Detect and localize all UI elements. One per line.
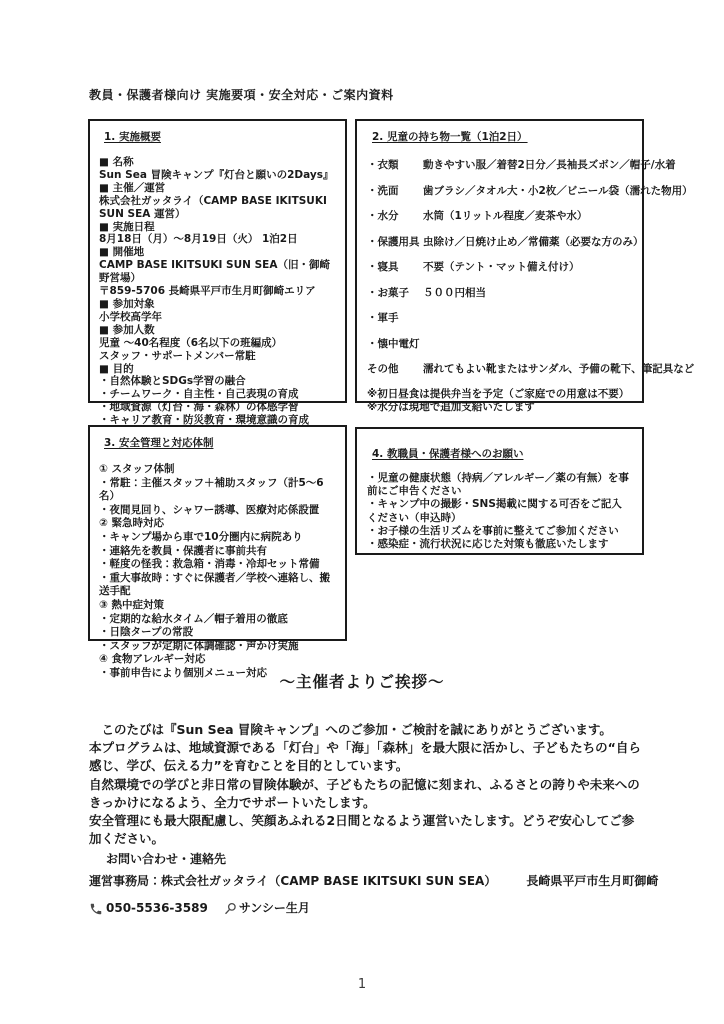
magnifier-icon (224, 902, 237, 915)
safety-line: ・軽度の怪我：救急箱・消毒・冷却セット常備 (99, 558, 336, 572)
belongings-heading: 2. 児童の持ち物一覧（1泊2日） (372, 129, 632, 144)
belongings-item-desc: 虫除け／日焼け止め／常備薬（必要な方のみ） (423, 235, 644, 249)
requests-line: ・感染症・流行状況に応じた対策も徹底いたします (367, 538, 632, 551)
overview-heading: 1. 実施概要 (104, 129, 336, 144)
overview-line: 〒859-5706 長崎県平戸市生月町御崎エリア (99, 285, 336, 298)
search-keyword-wrap: サンシー生月 (224, 900, 310, 917)
page-title: 教員・保護者様向け 実施要項・安全対応・ご案内資料 (89, 86, 394, 103)
overview-line: ■ 実施日程 (99, 221, 336, 234)
belongings-item-desc: 動きやすい服／着替2日分／長袖長ズボン／帽子/水着 (423, 158, 676, 172)
requests-heading: 4. 教職員・保護者様へのお願い (372, 446, 632, 461)
belongings-item-desc: ５００円相当 (423, 286, 632, 300)
belongings-item-label: その他 (367, 362, 423, 376)
safety-line: ② 緊急時対応 (99, 517, 336, 531)
greeting-paragraph: 本プログラムは、地域資源である「灯台」や「海」「森林」を最大限に活かし、子どもた… (89, 739, 645, 775)
overview-line: ■ 参加人数 (99, 324, 336, 337)
page-number: 1 (0, 977, 724, 992)
belongings-row: その他 濡れてもよい靴またはサンダル、予備の靴下、筆記具など (367, 362, 632, 376)
belongings-item-label: ・保護用具 (367, 235, 423, 249)
overview-line: ■ 主催／運営 (99, 182, 336, 195)
overview-line: ■ 目的 (99, 363, 336, 376)
belongings-notes: ※初日昼食は提供弁当を予定（ご家庭での用意は不要）※水分は現地で追加支給いたしま… (367, 388, 632, 414)
belongings-item-label: ・水分 (367, 209, 423, 223)
belongings-rows: ・衣類 動きやすい服／着替2日分／長袖長ズボン／帽子/水着 ・洗面 歯ブラシ／タ… (367, 158, 632, 376)
requests-box: 4. 教職員・保護者様へのお願い ・児童の健康状態（持病／アレルギー／薬の有無）… (355, 427, 644, 555)
overview-line: ・チームワーク・自主性・自己表現の育成 (99, 388, 336, 401)
safety-heading: 3. 安全管理と対応体制 (104, 435, 336, 450)
belongings-item-desc: 濡れてもよい靴またはサンダル、予備の靴下、筆記具など (423, 362, 694, 376)
safety-box: 3. 安全管理と対応体制 ① スタッフ体制・常駐：主催スタッフ＋補助スタッフ（計… (88, 425, 347, 641)
belongings-row: ・寝具 不要（テント・マット備え付け） (367, 260, 632, 274)
safety-line: ・連絡先を教員・保護者に事前共有 (99, 545, 336, 559)
safety-line: ・定期的な給水タイム／帽子着用の徹底 (99, 613, 336, 627)
top-boxes-row: 1. 実施概要 ■ 名称Sun Sea 冒険キャンプ『灯台と願いの2Days』■… (88, 119, 644, 403)
contact-address: 長崎県平戸市生月町御崎 (526, 873, 658, 890)
contact-office: 運営事務局：株式会社ガッタライ（CAMP BASE IKITSUKI SUN S… (89, 873, 496, 890)
belongings-item-label: ・軍手 (367, 311, 423, 325)
greeting-heading: ～主催者よりご挨拶～ (0, 670, 724, 692)
belongings-note: ※水分は現地で追加支給いたします (367, 401, 632, 414)
greeting-paragraph: 安全管理にも最大限配慮し、笑顔あふれる2日間となるよう運営いたします。どうぞ安心… (89, 812, 645, 848)
overview-line: Sun Sea 冒険キャンプ『灯台と願いの2Days』 (99, 169, 336, 182)
belongings-item-desc: 水筒（1リットル程度／麦茶や水） (423, 209, 632, 223)
contact-section: お問い合わせ・連絡先 運営事務局：株式会社ガッタライ（CAMP BASE IKI… (89, 851, 689, 917)
belongings-item-label: ・お菓子 (367, 286, 423, 300)
safety-line: ・スタッフが定期に体調確認・声かけ実施 (99, 640, 336, 654)
safety-line: ・重大事故時：すぐに保護者／学校へ連絡し、搬送手配 (99, 572, 336, 599)
requests-line: ・キャンプ中の撮影・SNS掲載に関する可否をご記入ください（申込時） (367, 498, 632, 524)
requests-line: ・お子様の生活リズムを事前に整えてご参加ください (367, 525, 632, 538)
overview-line: 小学校高学年 (99, 311, 336, 324)
belongings-row: ・軍手 (367, 311, 632, 325)
contact-phone-line: 050-5536-3589 サンシー生月 (89, 900, 689, 917)
document-page: 教員・保護者様向け 実施要項・安全対応・ご案内資料 1. 実施概要 ■ 名称Su… (0, 0, 724, 1024)
safety-line: ③ 熱中症対策 (99, 599, 336, 613)
safety-line: ・キャンプ場から車で10分圏内に病院あり (99, 531, 336, 545)
greeting-paragraph: このたびは『Sun Sea 冒険キャンプ』へのご参加・ご検討を誠にありがとうござ… (89, 721, 645, 739)
overview-line: ・自然体験とSDGs学習の融合 (99, 375, 336, 388)
belongings-item-label: ・懐中電灯 (367, 337, 423, 351)
overview-line: ■ 参加対象 (99, 298, 336, 311)
belongings-item-label: ・洗面 (367, 184, 423, 198)
overview-line: 8月18日（月）～8月19日（火） 1泊2日 (99, 233, 336, 246)
contact-search-keyword: サンシー生月 (239, 900, 310, 917)
overview-line: ■ 開催地 (99, 246, 336, 259)
contact-heading: お問い合わせ・連絡先 (89, 851, 689, 867)
belongings-item-desc: 不要（テント・マット備え付け） (423, 260, 632, 274)
bottom-boxes-row: 3. 安全管理と対応体制 ① スタッフ体制・常駐：主催スタッフ＋補助スタッフ（計… (88, 425, 644, 641)
belongings-row: ・衣類 動きやすい服／着替2日分／長袖長ズボン／帽子/水着 (367, 158, 632, 172)
requests-line: ・児童の健康状態（持病／アレルギー／薬の有無）を事前にご申告ください (367, 472, 632, 498)
phone-receiver-icon (89, 902, 103, 916)
belongings-item-label: ・衣類 (367, 158, 423, 172)
overview-line: 株式会社ガッタライ（CAMP BASE IKITSUKI SUN SEA 運営） (99, 195, 336, 221)
greeting-paragraph: 自然環境での学びと非日常の冒険体験が、子どもたちの記憶に刻まれ、ふるさとの誇りや… (89, 776, 645, 812)
overview-line: ・地域資源（灯台・海・森林）の体感学習 (99, 401, 336, 414)
safety-lines: ① スタッフ体制・常駐：主催スタッフ＋補助スタッフ（計5～6名）・夜間見回り、シ… (99, 463, 336, 681)
contact-phone-number: 050-5536-3589 (106, 900, 208, 917)
greeting-body: このたびは『Sun Sea 冒険キャンプ』へのご参加・ご検討を誠にありがとうござ… (89, 721, 645, 848)
requests-lines: ・児童の健康状態（持病／アレルギー／薬の有無）を事前にご申告ください・キャンプ中… (367, 472, 632, 551)
overview-line: 児童 ～40名程度（6名以下の班編成） (99, 337, 336, 350)
safety-line: ・日陰タープの常設 (99, 626, 336, 640)
belongings-row: ・お菓子 ５００円相当 (367, 286, 632, 300)
belongings-item-desc (423, 337, 632, 351)
belongings-row: ・保護用具 虫除け／日焼け止め／常備薬（必要な方のみ） (367, 235, 632, 249)
belongings-item-label: ・寝具 (367, 260, 423, 274)
safety-line: ・夜間見回り、シャワー誘導、医療対応係設置 (99, 504, 336, 518)
belongings-note: ※初日昼食は提供弁当を予定（ご家庭での用意は不要） (367, 388, 632, 401)
belongings-item-desc (423, 311, 632, 325)
overview-lines: ■ 名称Sun Sea 冒険キャンプ『灯台と願いの2Days』■ 主催／運営株式… (99, 156, 336, 427)
overview-line: スタッフ・サポートメンバー常駐 (99, 350, 336, 363)
belongings-row: ・洗面 歯ブラシ／タオル大・小2枚／ビニール袋（濡れた物用） (367, 184, 632, 198)
overview-line: CAMP BASE IKITSUKI SUN SEA（旧・御崎野営場） (99, 259, 336, 285)
belongings-box: 2. 児童の持ち物一覧（1泊2日） ・衣類 動きやすい服／着替2日分／長袖長ズボ… (355, 119, 644, 403)
belongings-row: ・水分 水筒（1リットル程度／麦茶や水） (367, 209, 632, 223)
overview-line: ■ 名称 (99, 156, 336, 169)
contact-office-line: 運営事務局：株式会社ガッタライ（CAMP BASE IKITSUKI SUN S… (89, 873, 689, 890)
safety-line: ① スタッフ体制 (99, 463, 336, 477)
safety-line: ④ 食物アレルギー対応 (99, 653, 336, 667)
safety-line: ・常駐：主催スタッフ＋補助スタッフ（計5～6名） (99, 477, 336, 504)
belongings-row: ・懐中電灯 (367, 337, 632, 351)
belongings-item-desc: 歯ブラシ／タオル大・小2枚／ビニール袋（濡れた物用） (423, 184, 693, 198)
overview-box: 1. 実施概要 ■ 名称Sun Sea 冒険キャンプ『灯台と願いの2Days』■… (88, 119, 347, 403)
